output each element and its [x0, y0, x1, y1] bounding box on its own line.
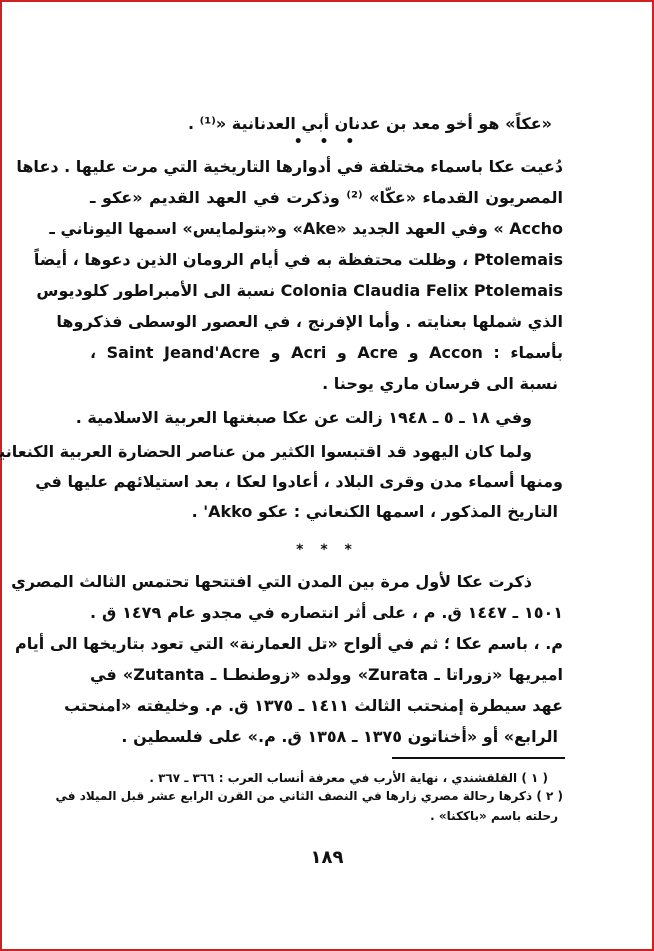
footnote-1: ( ١ ) القلقشندي ، نهاية الأرب في معرفة أ…	[149, 770, 548, 786]
paragraph-1-line-2: المصريون القدماء «عكّا» ⁽²⁾ وذكرت في الع…	[90, 188, 563, 208]
paragraph-4-line-1: ذكرت عكا لأول مرة بين المدن التي افتتحها…	[11, 572, 532, 592]
paragraph-4-line-3: م. ، باسم عكا ؛ ثم في ألواح «تل العمارنة…	[90, 634, 563, 654]
paragraph-1-line-8: نسبة الى فرسان ماري يوحنا .	[322, 374, 558, 394]
page-number: ١٨٩	[2, 847, 652, 868]
section-separator: • • •	[2, 134, 652, 150]
paragraph-1-line-6: الذي شملها بعنايته . وأما الإفرنج ، في ا…	[90, 312, 563, 332]
paragraph-4-line-5: عهد سيطرة إمنحتب الثالث ١٤١١ ـ ١٣٧٥ ق. م…	[90, 696, 563, 716]
section-separator-2: * * *	[2, 542, 652, 558]
paragraph-4-line-4: اميريها «زوراتا ـ Zurata» وولده «زوطنطـا…	[90, 665, 563, 685]
paragraph-3-line-1: ولما كان اليهود قد اقتبسوا الكثير من عنا…	[0, 442, 532, 462]
footnote-separator	[392, 757, 565, 759]
paragraph-4-line-6: الرابع» أو «أخناتون ١٣٧٥ ـ ١٣٥٨ ق. م.» ع…	[121, 727, 558, 747]
paragraph-1-line-1: دُعيت عكا باسماء مختلفة في أدوارها التار…	[90, 157, 563, 177]
footnote-2-line-1: ( ٢ ) ذكرها رحالة مصري زارها في النصف ال…	[90, 788, 563, 804]
paragraph-1-line-4: Ptolemais ، وظلت محتفظة به في أيام الروم…	[90, 250, 563, 270]
paragraph-4-line-2: ١٥٠١ ـ ١٤٤٧ ق. م ، على أثر انتصاره في مج…	[90, 603, 563, 623]
paragraph-3-line-3: التاريخ المذكور ، اسمها الكنعاني : عكو A…	[192, 502, 558, 522]
paragraph-2-line-1: وفي ١٨ ـ ٥ ـ ١٩٤٨ زالت عن عكا صبغتها الع…	[76, 408, 532, 428]
paragraph-1-line-5: Colonia Claudia Felix Ptolemais نسبة الى…	[90, 281, 563, 301]
paragraph-1-line-7: بأسماء : Accon و Acre و Acri و Saint Jea…	[90, 343, 563, 363]
book-page: «عكاً» هو أخو معد بن عدنان أبي العدنانية…	[0, 0, 654, 951]
intro-line: «عكاً» هو أخو معد بن عدنان أبي العدنانية…	[188, 114, 552, 134]
footnote-2-line-2: رحلته باسم «باككنا» .	[430, 808, 558, 824]
paragraph-3-line-2: ومنها أسماء مدن وقرى البلاد ، أعادوا لعك…	[90, 472, 563, 492]
paragraph-1-line-3: Accho » وفي العهد الجديد «Ake» و«بتولماي…	[90, 219, 563, 239]
